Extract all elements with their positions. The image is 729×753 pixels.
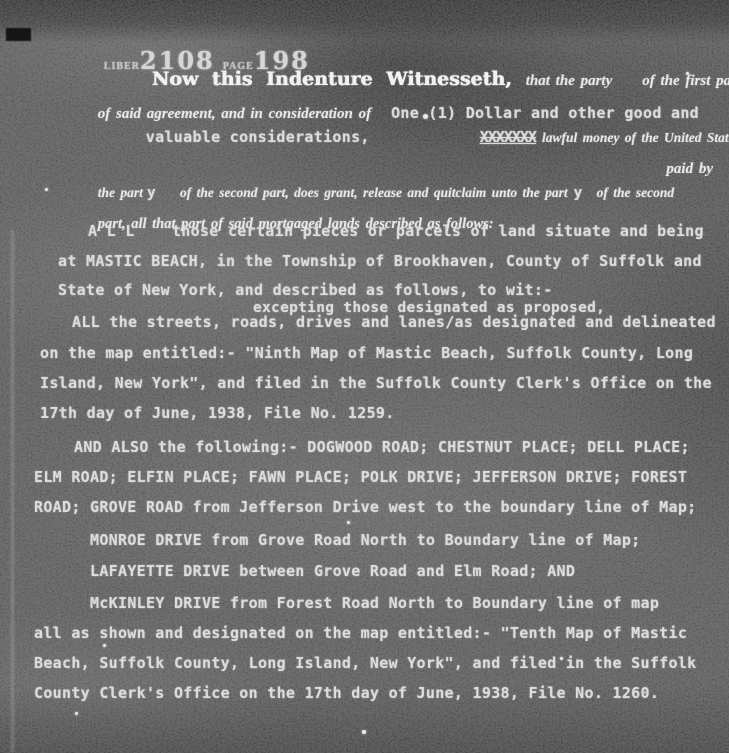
noise-speck <box>560 657 563 660</box>
noise-speck <box>347 521 350 524</box>
body-line-4: ALL the streets, roads, drives and lanes… <box>72 313 716 331</box>
body-line-1: A L L those certain pieces or parcels of… <box>88 222 704 240</box>
document-text-layer: LIBER2108PAGE198 Now this Indenture Witn… <box>0 0 729 753</box>
body-line-9: ELM ROAD; ELFIN PLACE; FAWN PLACE; POLK … <box>34 468 687 486</box>
body-line-2: at MASTIC BEACH, in the Township of Broo… <box>58 252 702 270</box>
scanned-deed-page: LIBER2108PAGE198 Now this Indenture Witn… <box>0 0 729 753</box>
body-line-14: all as shown and designated on the map e… <box>34 624 687 642</box>
noise-speck <box>362 730 366 734</box>
noise-speck <box>103 644 106 647</box>
body-line-7: 17th day of June, 1938, File No. 1259. <box>40 404 395 422</box>
body-line-15: Beach, Suffolk County, Long Island, New … <box>34 654 696 672</box>
body-line-5: on the map entitled:- "Ninth Map of Mast… <box>40 344 693 362</box>
body-line-10: ROAD; GROVE ROAD from Jefferson Drive we… <box>34 498 696 516</box>
body-line-3: State of New York, and described as foll… <box>58 281 553 299</box>
body-line-13: McKINLEY DRIVE from Forest Road North to… <box>90 594 659 612</box>
struck-out-word: XXXXXXX <box>480 128 536 146</box>
body-line-6: Island, New York", and filed in the Suff… <box>40 374 712 392</box>
noise-speck <box>75 712 78 715</box>
typed-y-insert-2: y <box>574 185 583 201</box>
body-line-12: LAFAYETTE DRIVE between Grove Road and E… <box>90 562 575 580</box>
noise-speck <box>423 114 428 119</box>
body-line-8: AND ALSO the following:- DOGWOOD ROAD; C… <box>74 438 690 456</box>
noise-speck <box>45 188 48 191</box>
body-line-16: County Clerk's Office on the 17th day of… <box>34 684 659 702</box>
body-line-11: MONROE DRIVE from Grove Road North to Bo… <box>90 531 641 549</box>
second-part-clause: of the second <box>597 185 675 200</box>
typed-considerations: valuable considerations, <box>146 128 370 146</box>
noise-speck <box>686 72 689 75</box>
